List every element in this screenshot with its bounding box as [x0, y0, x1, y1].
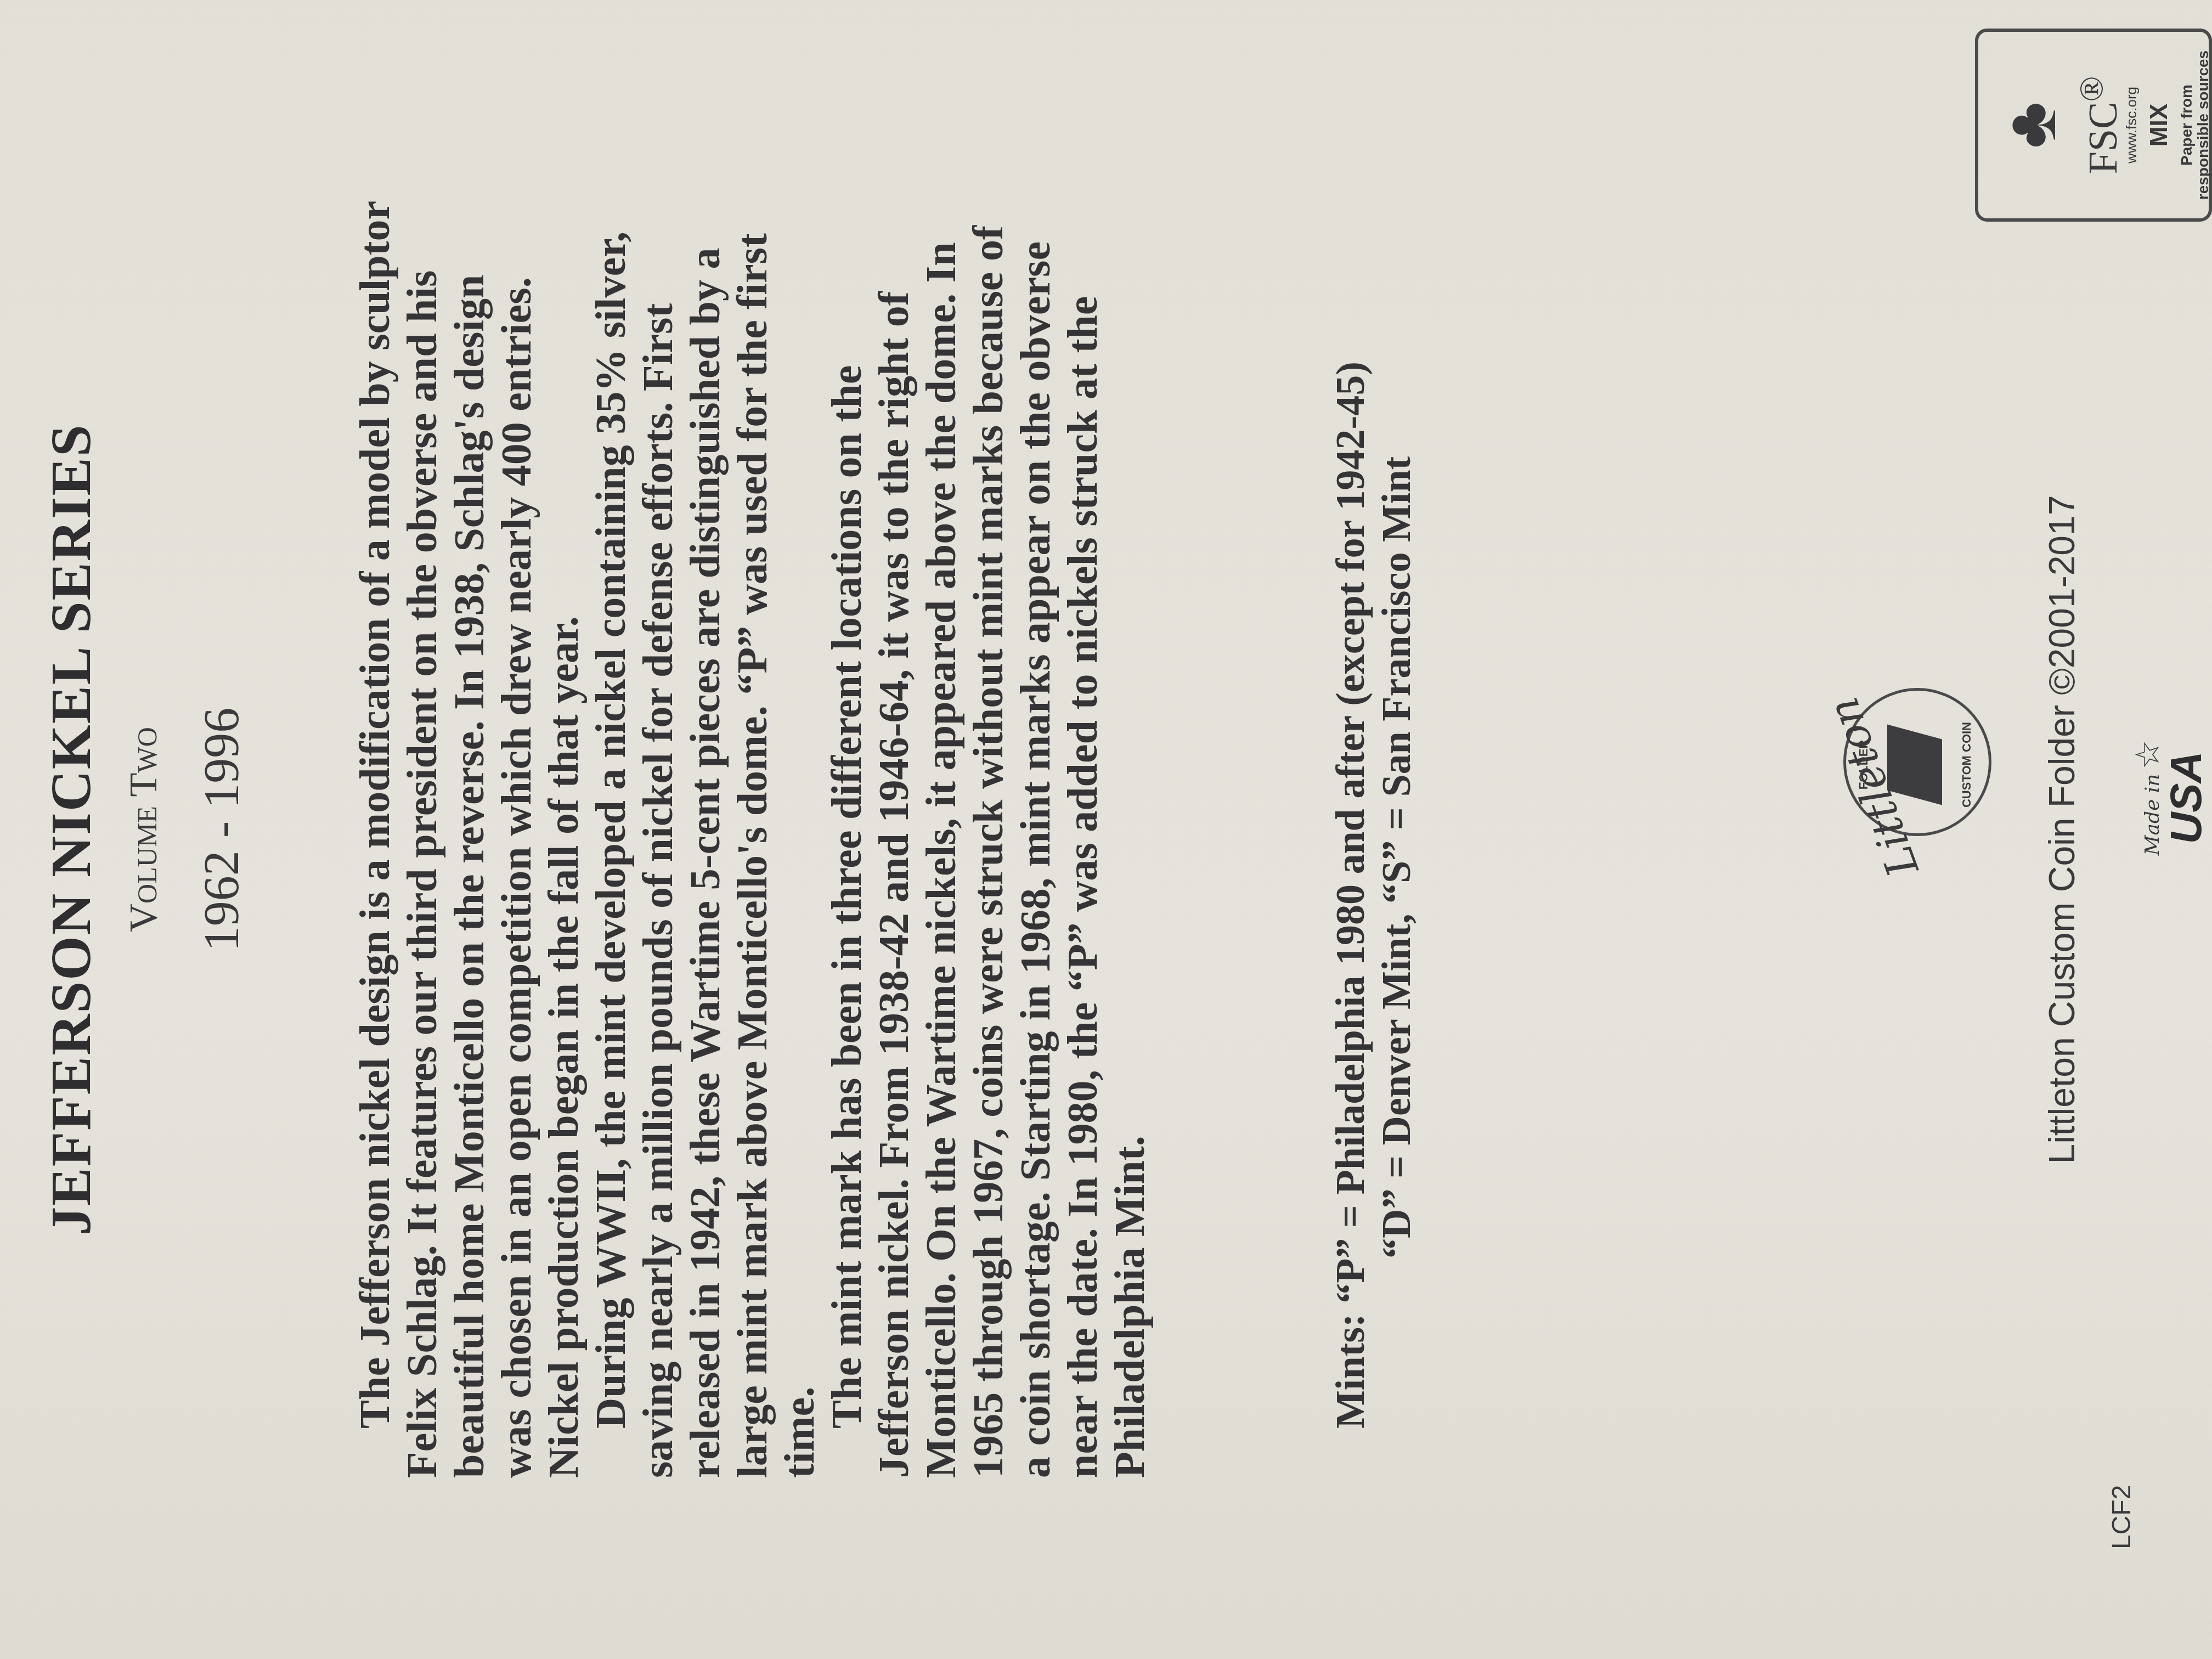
- paragraph-wartime: During WWII, the mint developed a nickel…: [587, 200, 823, 1478]
- product-code: LCF2: [2107, 1485, 2137, 1549]
- volume-label: Volume Two: [121, 0, 166, 1659]
- copyright-credit: Littleton Custom Coin Folder ©2001-2017: [2041, 0, 2083, 1659]
- fsc-mix-label: MIX: [2146, 32, 2173, 218]
- paragraph-mint-mark: The mint mark has been in three differen…: [823, 200, 1153, 1478]
- fsc-tree-icon: ♣: [1989, 32, 2072, 218]
- fsc-tagline: Paper from responsible sources: [2179, 32, 2211, 218]
- series-title: JEFFERSON NICKEL SERIES: [38, 0, 104, 1659]
- mints-legend: Mints: “P” = Philadelphia 1980 and after…: [1328, 167, 1420, 1429]
- made-in-usa-badge: Made in☆ USA: [2129, 726, 2205, 869]
- history-text: The Jefferson nickel design is a modific…: [351, 200, 1153, 1478]
- logo-ring-bottom-text: CUSTOM COIN: [1960, 693, 1974, 836]
- fsc-tagline-2: responsible sources: [2195, 32, 2211, 218]
- coin-folder-page: JEFFERSON NICKEL SERIES Volume Two 1962 …: [0, 0, 2212, 1659]
- usa-label: USA: [2167, 726, 2205, 869]
- mints-line-2: “D” = Denver Mint, “S” = San Francisco M…: [1374, 167, 1420, 1429]
- fsc-url: www.fsc.org: [2123, 32, 2140, 218]
- mints-line-1: Mints: “P” = Philadelphia 1980 and after…: [1328, 167, 1374, 1429]
- year-range: 1962 - 1996: [192, 0, 250, 1659]
- fsc-tagline-1: Paper from: [2179, 32, 2195, 218]
- fsc-badge: ♣ FSC® www.fsc.org MIX Paper from respon…: [1975, 29, 2212, 222]
- star-icon: ☆: [2130, 740, 2166, 770]
- littleton-logo: FOLDER Littleton CUSTOM COIN: [1843, 650, 1986, 880]
- registered-mark: ®: [2073, 76, 2110, 102]
- made-in-label: Made in: [2141, 774, 2164, 855]
- fsc-brand: FSC®: [2072, 32, 2123, 218]
- fsc-brand-text: FSC: [2081, 102, 2126, 174]
- paragraph-design: The Jefferson nickel design is a modific…: [351, 200, 587, 1478]
